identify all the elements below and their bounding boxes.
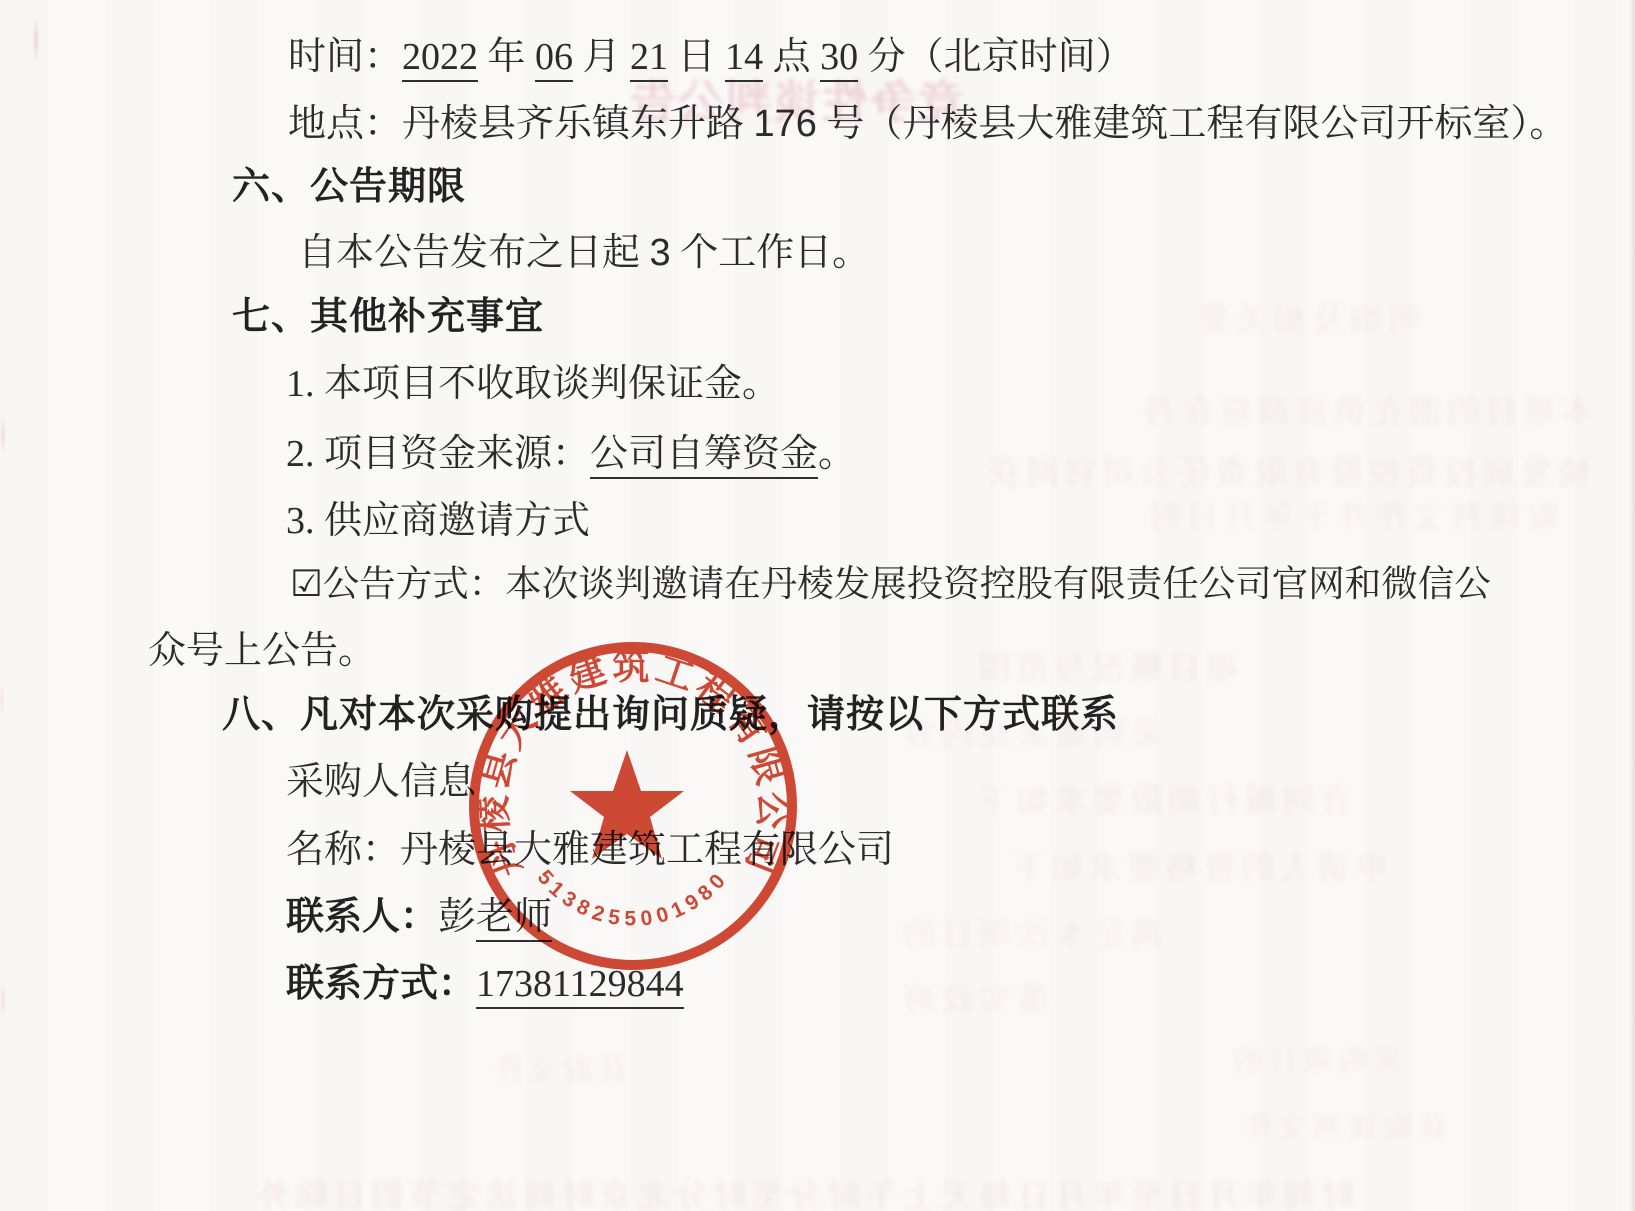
- stamp-number-arc-text: 5138255001980: [533, 866, 734, 931]
- announce-wrap-line: 众号上公告。: [148, 630, 376, 674]
- text-segment: 个工作日。: [671, 232, 871, 274]
- item-2: 2. 项目资金来源：公司自筹资金。: [286, 433, 856, 477]
- text-segment: 号（丹棱县大雅建筑工程有限公司开标室）。: [817, 103, 1568, 145]
- place-line: 地点：丹棱县齐乐镇东升路 176 号（丹棱县大雅建筑工程有限公司开标室）。: [288, 103, 1567, 147]
- text-segment: 。: [818, 433, 856, 475]
- text-segment: 分（北京时间）: [858, 36, 1134, 78]
- text-segment: 公司自筹资金: [590, 433, 818, 479]
- item-1: 1. 本项目不收取谈判保证金。: [286, 363, 780, 407]
- text-segment: 月: [573, 36, 630, 78]
- text-segment: 21: [630, 36, 668, 82]
- bleedthrough-text: 满足本次项目的: [898, 909, 1164, 956]
- text-segment: ☑: [290, 563, 323, 604]
- section-6-body: 自本公告发布之日起 3 个工作日。: [298, 232, 870, 276]
- bleedthrough-text: 时间年月日至年月日每天上午时分至时分北京时间法定节假日除外: [252, 1170, 1354, 1211]
- section-7-heading: 七、其他补充事宜: [232, 296, 544, 340]
- text-segment: 点: [763, 36, 820, 78]
- time-line: 时间：2022 年 06 月 21 日 14 点 30 分（北京时间）: [288, 36, 1134, 80]
- text-segment: 2. 项目资金来源：: [286, 433, 590, 475]
- document-page: 竞争性谈判公告明细及相关要本项目的潜在供应商应在丹棱发展投资控股有限责任公司官网…: [0, 0, 1635, 1211]
- text-segment: 3: [650, 232, 671, 274]
- announce-method-line: ☑公告方式：本次谈判邀请在丹棱发展投资控股有限责任公司官网和微信公: [290, 563, 1491, 605]
- text-segment: 自本公告发布之日起: [298, 232, 650, 274]
- bleedthrough-text: 申请人的资格要求如下: [1008, 842, 1388, 889]
- bleedthrough-text: 明细及相关要: [1193, 294, 1421, 341]
- company-seal-stamp: 丹棱县大雅建筑工程有限公司 5138255001980: [440, 615, 830, 995]
- text-segment: 日: [668, 36, 725, 78]
- item-3: 3. 供应商邀请方式: [286, 500, 590, 544]
- bleedthrough-text: 获取谈判文件: [1238, 1103, 1448, 1147]
- text-segment: 14: [725, 36, 763, 82]
- text-segment: 时间：: [288, 36, 402, 78]
- bleedthrough-text: 项目概况与范围: [973, 642, 1239, 689]
- text-segment: 公告方式：本次谈判邀请在丹棱发展投资控股有限责任公司官网和微信公: [323, 563, 1491, 604]
- text-segment: 年: [478, 36, 535, 78]
- stamp-company-arc-text: 丹棱县大雅建筑工程有限公司: [472, 646, 793, 883]
- text-segment: 06: [535, 36, 573, 82]
- stamp-star-icon: [570, 750, 684, 859]
- text-segment: 30: [820, 36, 858, 82]
- text-segment: 地点：丹棱县齐乐镇东升路: [288, 103, 754, 145]
- section-6-heading: 六、公告期限: [232, 166, 466, 210]
- text-segment: 2022: [402, 36, 478, 82]
- bleedthrough-text: 取谈判文件并于年月日时: [1142, 491, 1560, 538]
- bleedthrough-text: 棱发展投资控股有限责任公司官网获: [983, 447, 1591, 494]
- text-segment: 联系人：: [286, 896, 438, 938]
- bleedthrough-text: 获取文件: [488, 1046, 628, 1090]
- text-segment: 176: [754, 103, 817, 145]
- bleedthrough-text: 本项目的潜在供应商应在丹: [1138, 386, 1594, 433]
- bleedthrough-text: 采购项目的: [1228, 1036, 1403, 1080]
- bleedthrough-text: 落实政府: [898, 974, 1050, 1021]
- bleedthrough-text: 合同履行期限要求如下: [973, 775, 1353, 822]
